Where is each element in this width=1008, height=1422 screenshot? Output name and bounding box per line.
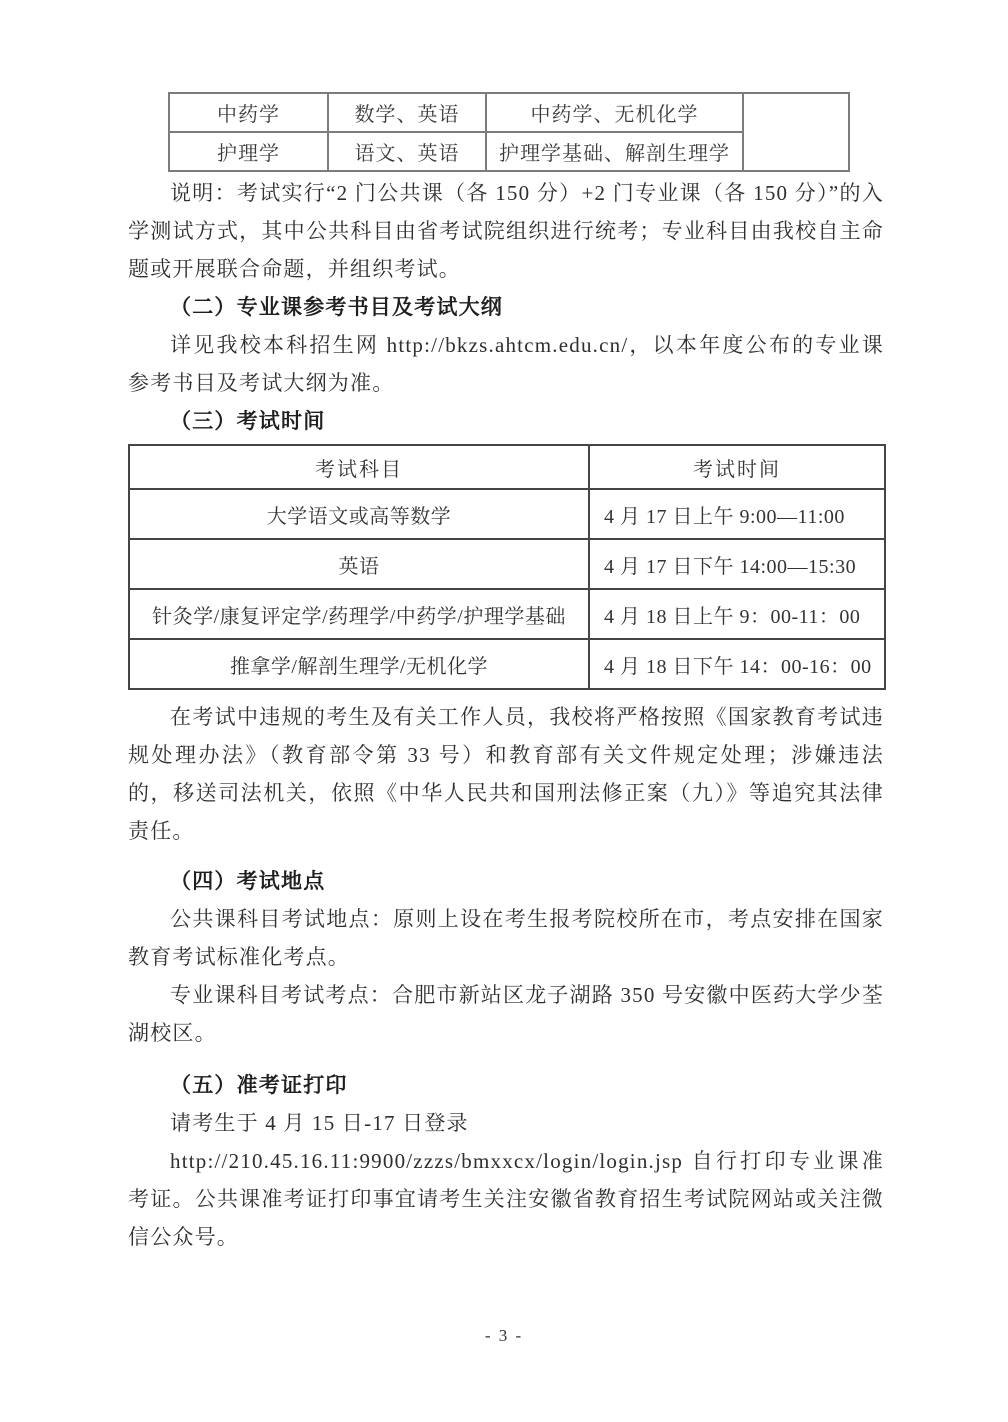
majors-continuation-table: 中药学 数学、英语 中药学、无机化学 护理学 语文、英语 护理学基础、解剖生理学 xyxy=(168,92,850,172)
section-heading-exam-time: （三）考试时间 xyxy=(128,402,884,440)
section-heading-exam-location: （四）考试地点 xyxy=(128,862,884,900)
document-page: 中药学 数学、英语 中药学、无机化学 护理学 语文、英语 护理学基础、解剖生理学… xyxy=(0,0,1008,1422)
time-cell: 4 月 17 日上午 9:00—11:00 xyxy=(589,489,885,539)
professional-exam-location-paragraph: 专业课科目考试考点：合肥市新站区龙子湖路 350 号安徽中医药大学少荃湖校区。 xyxy=(128,976,884,1052)
table-row: 针灸学/康复评定学/药理学/中药学/护理学基础 4 月 18 日上午 9：00-… xyxy=(129,589,885,639)
table-row: 推拿学/解剖生理学/无机化学 4 月 18 日下午 14：00-16：00 xyxy=(129,639,885,689)
table-row: 中药学 数学、英语 中药学、无机化学 xyxy=(169,93,849,132)
major-cell: 中药学 xyxy=(169,93,328,132)
time-cell: 4 月 18 日上午 9：00-11：00 xyxy=(589,589,885,639)
table-row: 英语 4 月 17 日下午 14:00—15:30 xyxy=(129,539,885,589)
subject-header-cell: 考试科目 xyxy=(129,445,589,489)
ticket-print-url-paragraph: http://210.45.16.11:9900/zzzs/bmxxcx/log… xyxy=(128,1142,884,1256)
public-exam-location-paragraph: 公共课科目考试地点：原则上设在考生报考院校所在市，考点安排在国家教育考试标准化考… xyxy=(128,900,884,976)
professional-subjects-cell: 护理学基础、解剖生理学 xyxy=(486,132,743,171)
login-date-line: 请考生于 4 月 15 日-17 日登录 xyxy=(128,1104,884,1142)
reference-books-paragraph: 详见我校本科招生网 http://bkzs.ahtcm.edu.cn/，以本年度… xyxy=(128,326,884,402)
section-heading-admission-ticket: （五）准考证打印 xyxy=(128,1066,884,1104)
violation-paragraph: 在考试中违规的考生及有关工作人员，我校将严格按照《国家教育考试违规处理办法》（教… xyxy=(128,698,884,850)
note-paragraph: 说明：考试实行“2 门公共课（各 150 分）+2 门专业课（各 150 分）”… xyxy=(128,174,884,288)
time-cell: 4 月 17 日下午 14:00—15:30 xyxy=(589,539,885,589)
public-subjects-cell: 数学、英语 xyxy=(328,93,486,132)
subject-cell: 大学语文或高等数学 xyxy=(129,489,589,539)
time-header-cell: 考试时间 xyxy=(589,445,885,489)
empty-merged-cell xyxy=(743,93,849,171)
time-cell: 4 月 18 日下午 14：00-16：00 xyxy=(589,639,885,689)
subject-cell: 英语 xyxy=(129,539,589,589)
table-row: 大学语文或高等数学 4 月 17 日上午 9:00—11:00 xyxy=(129,489,885,539)
public-subjects-cell: 语文、英语 xyxy=(328,132,486,171)
table-header-row: 考试科目 考试时间 xyxy=(129,445,885,489)
page-number: - 3 - xyxy=(0,1326,1008,1346)
major-cell: 护理学 xyxy=(169,132,328,171)
subject-cell: 推拿学/解剖生理学/无机化学 xyxy=(129,639,589,689)
subject-cell: 针灸学/康复评定学/药理学/中药学/护理学基础 xyxy=(129,589,589,639)
document-content: 中药学 数学、英语 中药学、无机化学 护理学 语文、英语 护理学基础、解剖生理学… xyxy=(128,0,884,1256)
exam-schedule-table: 考试科目 考试时间 大学语文或高等数学 4 月 17 日上午 9:00—11:0… xyxy=(128,444,886,690)
section-heading-reference-books: （二）专业课参考书目及考试大纲 xyxy=(128,288,884,326)
professional-subjects-cell: 中药学、无机化学 xyxy=(486,93,743,132)
